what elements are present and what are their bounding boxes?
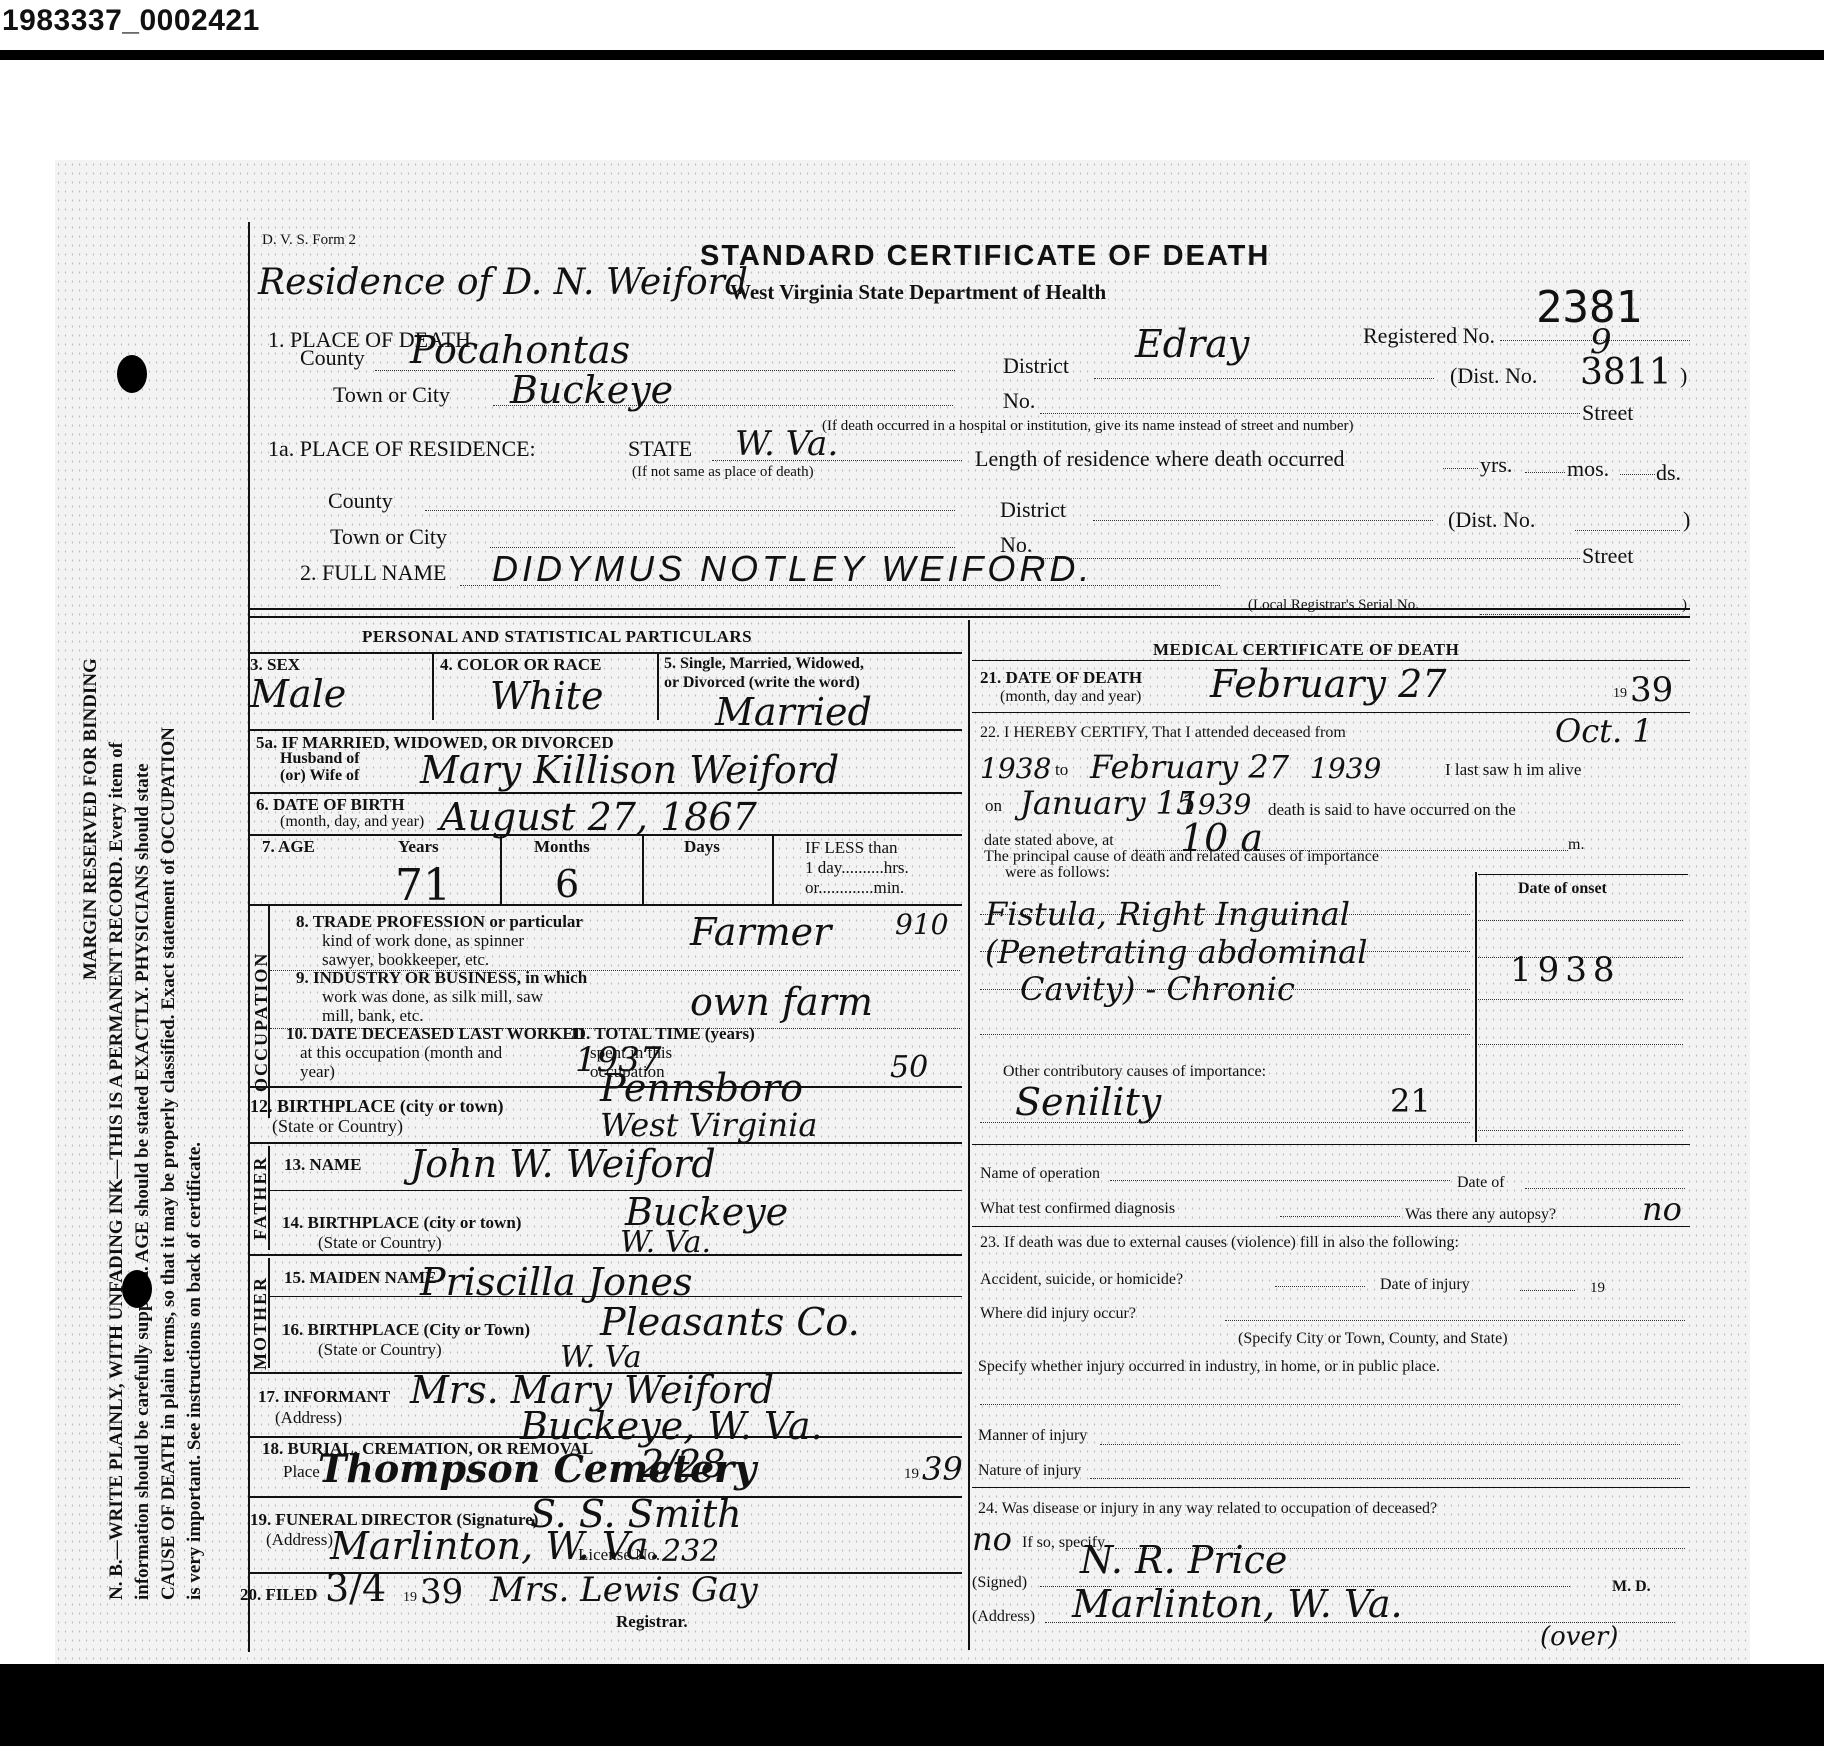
column-divider	[968, 620, 970, 1650]
filed-date: 3/4	[325, 1566, 386, 1610]
residence-label: 1a. PLACE OF RESIDENCE:	[268, 436, 536, 462]
birthplace-label-1: 12. BIRTHPLACE (city or town)	[250, 1096, 504, 1117]
trade-value: Farmer	[690, 910, 831, 954]
operation-date-label: Date of	[1457, 1174, 1505, 1192]
physician-address: Marlinton, W. Va.	[1072, 1582, 1403, 1626]
birthplace-state: West Virginia	[600, 1106, 817, 1144]
pod-district-value: Edray	[1135, 322, 1249, 366]
father-birthplace-label-1: 14. BIRTHPLACE (city or town)	[282, 1213, 521, 1233]
external-causes-label: 23. If death was due to external causes …	[980, 1234, 1459, 1252]
certify-label: 22. I HEREBY CERTIFY, That I attended de…	[980, 724, 1346, 742]
margin-line-4: is very important. See instructions on b…	[182, 260, 208, 1600]
father-birthplace-label-2: (State or Country)	[318, 1233, 442, 1253]
test-label: What test confirmed diagnosis	[980, 1200, 1175, 1218]
margin-instructions: MARGIN RESERVED FOR BINDING N. B.—WRITE …	[78, 260, 208, 1600]
cause-line-2: (Penetrating abdominal	[985, 933, 1367, 971]
to-label: to	[1055, 760, 1068, 780]
spouse-label-3: (or) Wife of	[280, 767, 359, 785]
mother-maiden-label: 15. MAIDEN NAME	[284, 1268, 437, 1288]
burial-year-prefix: 19	[904, 1466, 919, 1483]
mother-birthplace-label-2: (State or Country)	[318, 1340, 442, 1360]
industry-label-2: work was done, as silk mill, saw	[322, 987, 543, 1007]
cause-label-2: were as follows:	[1005, 864, 1110, 882]
residence-annotation: Residence of D. N. Weiford	[258, 262, 748, 303]
injury-date-label: Date of injury	[1380, 1276, 1470, 1294]
injury-year-label: 19	[1590, 1280, 1605, 1297]
last-worked-label-1: 10. DATE DECEASED LAST WORKED	[286, 1024, 586, 1044]
full-name-label: 2. FULL NAME	[300, 560, 446, 586]
margin-line-3: CAUSE OF DEATH in plain terms, so that i…	[156, 260, 182, 1600]
age-label: 7. AGE	[262, 837, 315, 857]
pod-town-label: Town or City	[333, 382, 450, 408]
mother-maiden-value: Priscilla Jones	[420, 1260, 692, 1304]
ink-blot	[122, 1270, 152, 1308]
margin-line-binding: MARGIN RESERVED FOR BINDING	[78, 260, 104, 1600]
age-months-value: 6	[555, 862, 579, 906]
spouse-label-2: Husband of	[280, 750, 360, 768]
length-residence-label: Length of residence where death occurred	[975, 446, 1345, 472]
last-saw-date: January 15	[1020, 784, 1196, 822]
trade-code: 910	[895, 908, 948, 941]
certificate-subtitle: West Virginia State Department of Health	[730, 280, 1106, 305]
last-worked-label-3: year)	[300, 1062, 335, 1082]
residence-state-value: W. Va.	[735, 424, 838, 464]
res-county-label: County	[328, 488, 393, 514]
personal-header: PERSONAL AND STATISTICAL PARTICULARS	[362, 627, 752, 647]
physician-signature: N. R. Price	[1080, 1538, 1287, 1582]
registrar-label: Registrar.	[616, 1612, 688, 1632]
ink-blot	[117, 355, 147, 393]
where-injury-label: Where did injury occur?	[980, 1305, 1136, 1323]
onset-value: 1938	[1510, 950, 1621, 990]
paren-close: )	[1683, 507, 1690, 533]
burial-date-value: 2/28	[640, 1442, 725, 1486]
pod-dist-no-label: (Dist. No.	[1450, 363, 1537, 389]
residence-state-note: (If not same as place of death)	[632, 464, 814, 481]
father-name-value: John W. Weiford	[410, 1142, 716, 1186]
license-label: License No.	[578, 1545, 660, 1565]
yrs-label: yrs.	[1480, 452, 1512, 478]
pod-county-label: County	[300, 345, 365, 371]
attended-from: Oct. 1	[1555, 712, 1653, 750]
on-label: on	[985, 796, 1002, 816]
top-border-bar	[0, 50, 1824, 60]
signed-label: (Signed)	[972, 1574, 1027, 1592]
mos-label: mos.	[1567, 456, 1609, 482]
years-label: Years	[398, 837, 439, 857]
autopsy-value: no	[1642, 1190, 1682, 1228]
document-id: 1983337_0002421	[2, 4, 260, 38]
trade-label-1: 8. TRADE PROFESSION or particular	[296, 912, 583, 931]
pod-dist-no-value: 3811	[1580, 352, 1672, 393]
race-value: White	[490, 674, 603, 718]
res-town-label: Town or City	[330, 524, 447, 550]
cause-line-1: Fistula, Right Inguinal	[985, 895, 1350, 933]
occupation-related-value: no	[972, 1520, 1012, 1558]
dob-label-1: 6. DATE OF BIRTH	[256, 795, 405, 815]
marital-label-1: 5. Single, Married, Widowed,	[664, 655, 864, 673]
cause-line-3: Cavity) - Chronic	[1020, 970, 1295, 1008]
over-note: (over)	[1540, 1622, 1618, 1652]
death-said-label: death is said to have occurred on the	[1268, 800, 1516, 820]
attended-to-year: 1939	[1310, 752, 1381, 785]
birthplace-label-2: (State or Country)	[272, 1116, 403, 1137]
dod-value: February 27	[1210, 662, 1446, 706]
pod-county-value: Pocahontas	[410, 328, 630, 372]
filed-year: 39	[420, 1572, 463, 1612]
full-name-value: DIDYMUS NOTLEY WEIFORD.	[492, 548, 1093, 590]
res-street-label: Street	[1582, 543, 1633, 569]
certificate-title: STANDARD CERTIFICATE OF DEATH	[700, 240, 1270, 273]
registrar-serial-label: (Local Registrar's Serial No.	[1248, 597, 1419, 614]
birthplace-city: Pennsboro	[600, 1066, 803, 1110]
registered-no-label: Registered No.	[1363, 323, 1495, 349]
m-label: m.	[1568, 836, 1584, 854]
burial-place-label: Place	[283, 1462, 320, 1482]
funeral-address-label: (Address)	[266, 1530, 333, 1550]
filed-label: 20. FILED	[240, 1585, 317, 1605]
race-label: 4. COLOR OR RACE	[440, 655, 602, 675]
less-than-label-3: or.............min.	[805, 878, 904, 898]
pod-district-label: District	[1003, 353, 1069, 379]
manner-label: Manner of injury	[978, 1427, 1087, 1445]
industry-label-1: 9. INDUSTRY OR BUSINESS, in which	[296, 968, 587, 987]
dod-year: 39	[1630, 670, 1673, 710]
paren-close: )	[1680, 363, 1687, 389]
onset-label: Date of onset	[1518, 880, 1607, 898]
license-value: 232	[662, 1534, 719, 1569]
days-label: Days	[684, 837, 720, 857]
attended-from-year: 1938	[980, 752, 1051, 785]
operation-label: Name of operation	[980, 1165, 1100, 1183]
nature-label: Nature of injury	[978, 1462, 1081, 1480]
margin-line-1: N. B.—WRITE PLAINLY, WITH UNFADING INK—T…	[104, 260, 130, 1600]
registrar-signature: Mrs. Lewis Gay	[490, 1570, 758, 1610]
total-time-label-1: 11. TOTAL TIME (years)	[570, 1024, 755, 1044]
md-label: M. D.	[1612, 1578, 1651, 1596]
last-saw-label: I last saw h im alive	[1445, 760, 1581, 780]
margin-line-2: information should be carefully supplied…	[130, 260, 156, 1600]
dod-label-2: (month, day and year)	[1000, 688, 1141, 706]
total-time-value: 50	[890, 1050, 928, 1085]
contributory-label: Other contributory causes of importance:	[1003, 1063, 1266, 1081]
spouse-value: Mary Killison Weiford	[420, 748, 839, 792]
burial-year-value: 39	[922, 1450, 963, 1488]
medical-header: MEDICAL CERTIFICATE OF DEATH	[1153, 640, 1459, 660]
bottom-border-bar	[0, 1664, 1824, 1746]
less-than-label-2: 1 day..........hrs.	[805, 858, 909, 878]
sex-value: Male	[250, 672, 346, 716]
dod-year-prefix: 19	[1613, 686, 1627, 702]
res-district-label: District	[1000, 497, 1066, 523]
where-injury-note: (Specify City or Town, County, and State…	[1238, 1330, 1508, 1348]
physician-address-label: (Address)	[972, 1608, 1035, 1626]
father-name-label: 13. NAME	[284, 1155, 361, 1175]
mother-birthplace-city: Pleasants Co.	[600, 1300, 860, 1344]
accident-label: Accident, suicide, or homicide?	[980, 1271, 1183, 1289]
paren-close: )	[1682, 597, 1687, 614]
total-time-label-2: spent in this	[590, 1043, 672, 1063]
mother-birthplace-label-1: 16. BIRTHPLACE (City or Town)	[282, 1320, 530, 1340]
attended-to: February 27	[1090, 748, 1289, 786]
autopsy-label: Was there any autopsy?	[1405, 1206, 1556, 1224]
last-worked-label-2: at this occupation (month and	[300, 1043, 502, 1063]
ds-label: ds.	[1656, 460, 1681, 486]
trade-label-2: kind of work done, as spinner	[322, 931, 524, 951]
pod-hospital-note: (If death occurred in a hospital or inst…	[822, 418, 1354, 435]
res-dist-no-label: (Dist. No.	[1448, 507, 1535, 533]
marital-value: Married	[715, 690, 872, 734]
form-code: D. V. S. Form 2	[262, 232, 356, 249]
less-than-label-1: IF LESS than	[805, 838, 898, 858]
informant-address-label: (Address)	[275, 1408, 342, 1428]
residence-state-label: STATE	[628, 436, 692, 462]
dob-value: August 27, 1867	[440, 795, 757, 839]
dob-label-2: (month, day, and year)	[280, 813, 424, 831]
filed-year-prefix: 19	[403, 1590, 417, 1606]
specify-injury-label: Specify whether injury occurred in indus…	[978, 1358, 1440, 1376]
informant-label: 17. INFORMANT	[258, 1387, 390, 1407]
pod-street-label: Street	[1582, 400, 1633, 426]
occupation-related-label: 24. Was disease or injury in any way rel…	[978, 1500, 1437, 1518]
months-label: Months	[534, 837, 590, 857]
pod-no-label: No.	[1003, 388, 1035, 414]
dod-label-1: 21. DATE OF DEATH	[980, 668, 1142, 688]
pod-town-value: Buckeye	[510, 368, 673, 412]
